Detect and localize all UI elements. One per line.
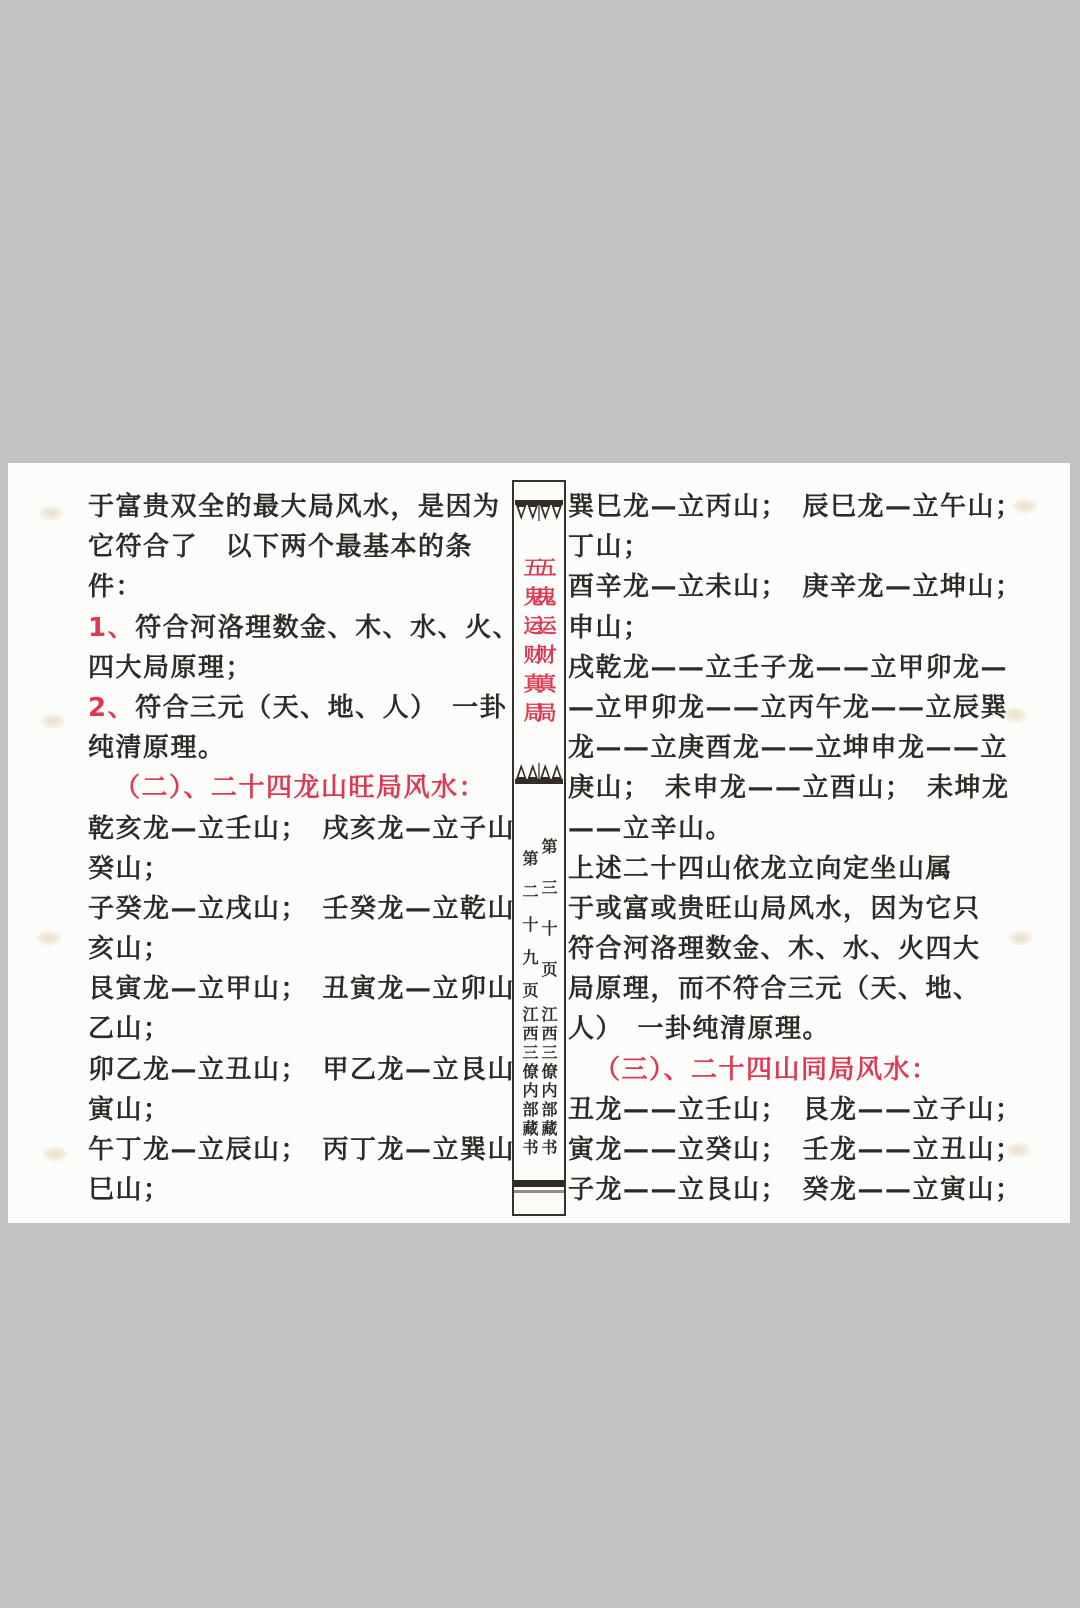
- paper-smudge: [1008, 930, 1034, 946]
- text-segment: 寅山；: [88, 1095, 171, 1125]
- text-segment: 乾亥龙—立壬山； 戌亥龙—立子山；: [88, 814, 543, 844]
- text-line: 龙——立庚酉龙——立坤申龙——立: [568, 728, 992, 768]
- spine-rule-thin: [514, 1190, 564, 1193]
- text-line: 亥山；: [88, 929, 502, 969]
- text-segment: 符合河洛理数金、木、水、火、: [135, 613, 520, 643]
- left-page-text-column: 于富贵双全的最大局风水，是因为它符合了 以下两个最基本的条件：1、符合河洛理数金…: [88, 487, 502, 1210]
- text-segment: —立甲卯龙——立丙午龙——立辰巽: [568, 693, 1008, 723]
- text-segment: 戌乾龙——立壬子龙——立甲卯龙—: [568, 653, 1008, 683]
- text-segment: 酉辛龙—立未山； 庚辛龙—立坤山；: [568, 572, 1023, 602]
- text-line: 符合河洛理数金、木、水、火四大: [568, 929, 992, 969]
- right-page-text-column: 巽巳龙—立丙山； 辰巳龙—立午山；丁山；酉辛龙—立未山； 庚辛龙—立坤山；申山；…: [568, 487, 992, 1210]
- text-line: 四大局原理；: [88, 648, 502, 688]
- text-line: 乾亥龙—立壬山； 戌亥龙—立子山；: [88, 809, 502, 849]
- paper-smudge: [40, 713, 66, 729]
- text-segment: 局原理，而不符合三元（天、地、: [568, 974, 981, 1004]
- text-line: 子癸龙—立戌山； 壬癸龙—立乾山；: [88, 889, 502, 929]
- text-line: 乙山；: [88, 1009, 502, 1049]
- spine-title-left: 五鬼运财真局: [518, 557, 547, 731]
- spine-page-number-left: 第二十九页: [518, 850, 541, 1015]
- text-line: 寅山；: [88, 1090, 502, 1130]
- text-line: 卯乙龙—立丑山； 甲乙龙—立艮山；: [88, 1050, 502, 1090]
- book-spine: 五鬼运财真局 五鬼运财真局 第三十页 第二十九页 江西三僚内部藏书 江西三僚内部…: [512, 480, 566, 1216]
- text-line: 酉辛龙—立未山； 庚辛龙—立坤山；: [568, 567, 992, 607]
- text-segment: 符合三元（天、地、人） 一卦: [135, 693, 507, 723]
- text-segment: 丁山；: [568, 532, 651, 562]
- text-line: 局原理，而不符合三元（天、地、: [568, 969, 992, 1009]
- fishtail-icon: [515, 742, 563, 784]
- text-line: 丑龙——立壬山； 艮龙——立子山；: [568, 1090, 992, 1130]
- text-segment: 它符合了 以下两个最基本的条: [88, 532, 473, 562]
- text-segment: 纯清原理。: [88, 733, 226, 763]
- section-heading: （二）、二十四龙山旺局风水：: [88, 768, 502, 808]
- text-line: 1、符合河洛理数金、木、水、火、: [88, 608, 502, 648]
- text-segment: 于富贵双全的最大局风水，是因为: [88, 492, 501, 522]
- text-segment: 子癸龙—立戌山； 壬癸龙—立乾山；: [88, 894, 543, 924]
- text-segment: 人） 一卦纯清原理。: [568, 1014, 830, 1044]
- paper-smudge: [1002, 707, 1028, 723]
- text-segment: 件：: [88, 572, 143, 602]
- text-segment: 亥山；: [88, 934, 171, 964]
- paper-smudge: [1012, 498, 1038, 514]
- fishtail-icon: [515, 500, 563, 542]
- text-segment: 申山；: [568, 613, 651, 643]
- text-segment: 巽巳龙—立丙山； 辰巳龙—立午山；: [568, 492, 1023, 522]
- paper-sheet: 于富贵双全的最大局风水，是因为它符合了 以下两个最基本的条件：1、符合河洛理数金…: [8, 463, 1070, 1223]
- text-line: 寅龙——立癸山； 壬龙——立丑山；: [568, 1130, 992, 1170]
- text-line: 子龙——立艮山； 癸龙——立寅山；: [568, 1170, 992, 1210]
- text-segment: 于或富或贵旺山局风水，因为它只: [568, 894, 981, 924]
- text-segment: 子龙——立艮山； 癸龙——立寅山；: [568, 1175, 1023, 1205]
- text-segment: 1、: [88, 613, 135, 643]
- scanned-book-spread: 于富贵双全的最大局风水，是因为它符合了 以下两个最基本的条件：1、符合河洛理数金…: [0, 0, 1080, 1608]
- text-line: 巽巳龙—立丙山； 辰巳龙—立午山；: [568, 487, 992, 527]
- text-line: 戌乾龙——立壬子龙——立甲卯龙—: [568, 648, 992, 688]
- text-line: 庚山； 未申龙——立酉山； 未坤龙: [568, 768, 992, 808]
- text-segment: （三）、二十四山同局风水：: [594, 1055, 939, 1085]
- text-segment: 丑龙——立壬山； 艮龙——立子山；: [568, 1095, 1023, 1125]
- text-segment: 四大局原理；: [88, 653, 253, 683]
- text-segment: 2、: [88, 693, 135, 723]
- text-segment: 符合河洛理数金、木、水、火四大: [568, 934, 981, 964]
- text-segment: 寅龙——立癸山； 壬龙——立丑山；: [568, 1135, 1023, 1165]
- text-line: 申山；: [568, 608, 992, 648]
- text-line: 它符合了 以下两个最基本的条: [88, 527, 502, 567]
- text-segment: 午丁龙—立辰山； 丙丁龙—立巽山；: [88, 1135, 543, 1165]
- text-line: 午丁龙—立辰山； 丙丁龙—立巽山；: [88, 1130, 502, 1170]
- text-line: 2、符合三元（天、地、人） 一卦: [88, 688, 502, 728]
- text-segment: 卯乙龙—立丑山； 甲乙龙—立艮山；: [88, 1055, 543, 1085]
- text-line: 件：: [88, 567, 502, 607]
- text-line: 巳山；: [88, 1170, 502, 1210]
- text-line: 纯清原理。: [88, 728, 502, 768]
- text-line: 癸山；: [88, 849, 502, 889]
- text-line: ——立辛山。: [568, 809, 992, 849]
- text-line: —立甲卯龙——立丙午龙——立辰巽: [568, 688, 992, 728]
- text-segment: 癸山；: [88, 854, 171, 884]
- text-segment: 庚山； 未申龙——立酉山； 未坤龙: [568, 773, 1010, 803]
- section-heading: （三）、二十四山同局风水：: [568, 1050, 992, 1090]
- text-line: 人） 一卦纯清原理。: [568, 1009, 992, 1049]
- spine-rule-thick: [514, 1180, 564, 1187]
- text-line: 艮寅龙—立甲山； 丑寅龙—立卯山；: [88, 969, 502, 1009]
- text-segment: 乙山；: [88, 1014, 171, 1044]
- text-segment: （二）、二十四龙山旺局风水：: [114, 773, 486, 803]
- text-segment: 龙——立庚酉龙——立坤申龙——立: [568, 733, 1008, 763]
- text-segment: 巳山；: [88, 1175, 171, 1205]
- paper-smudge: [38, 505, 64, 521]
- paper-smudge: [1005, 1142, 1031, 1158]
- paper-smudge: [36, 930, 62, 946]
- text-line: 丁山；: [568, 527, 992, 567]
- text-segment: 上述二十四山依龙立向定坐山属: [568, 854, 953, 884]
- spine-collection-label-left: 江西三僚内部藏书: [518, 1006, 541, 1158]
- text-line: 于富贵双全的最大局风水，是因为: [88, 487, 502, 527]
- text-line: 于或富或贵旺山局风水，因为它只: [568, 889, 992, 929]
- text-segment: 艮寅龙—立甲山； 丑寅龙—立卯山；: [88, 974, 543, 1004]
- paper-smudge: [42, 1146, 68, 1162]
- text-line: 上述二十四山依龙立向定坐山属: [568, 849, 992, 889]
- text-segment: ——立辛山。: [568, 814, 733, 844]
